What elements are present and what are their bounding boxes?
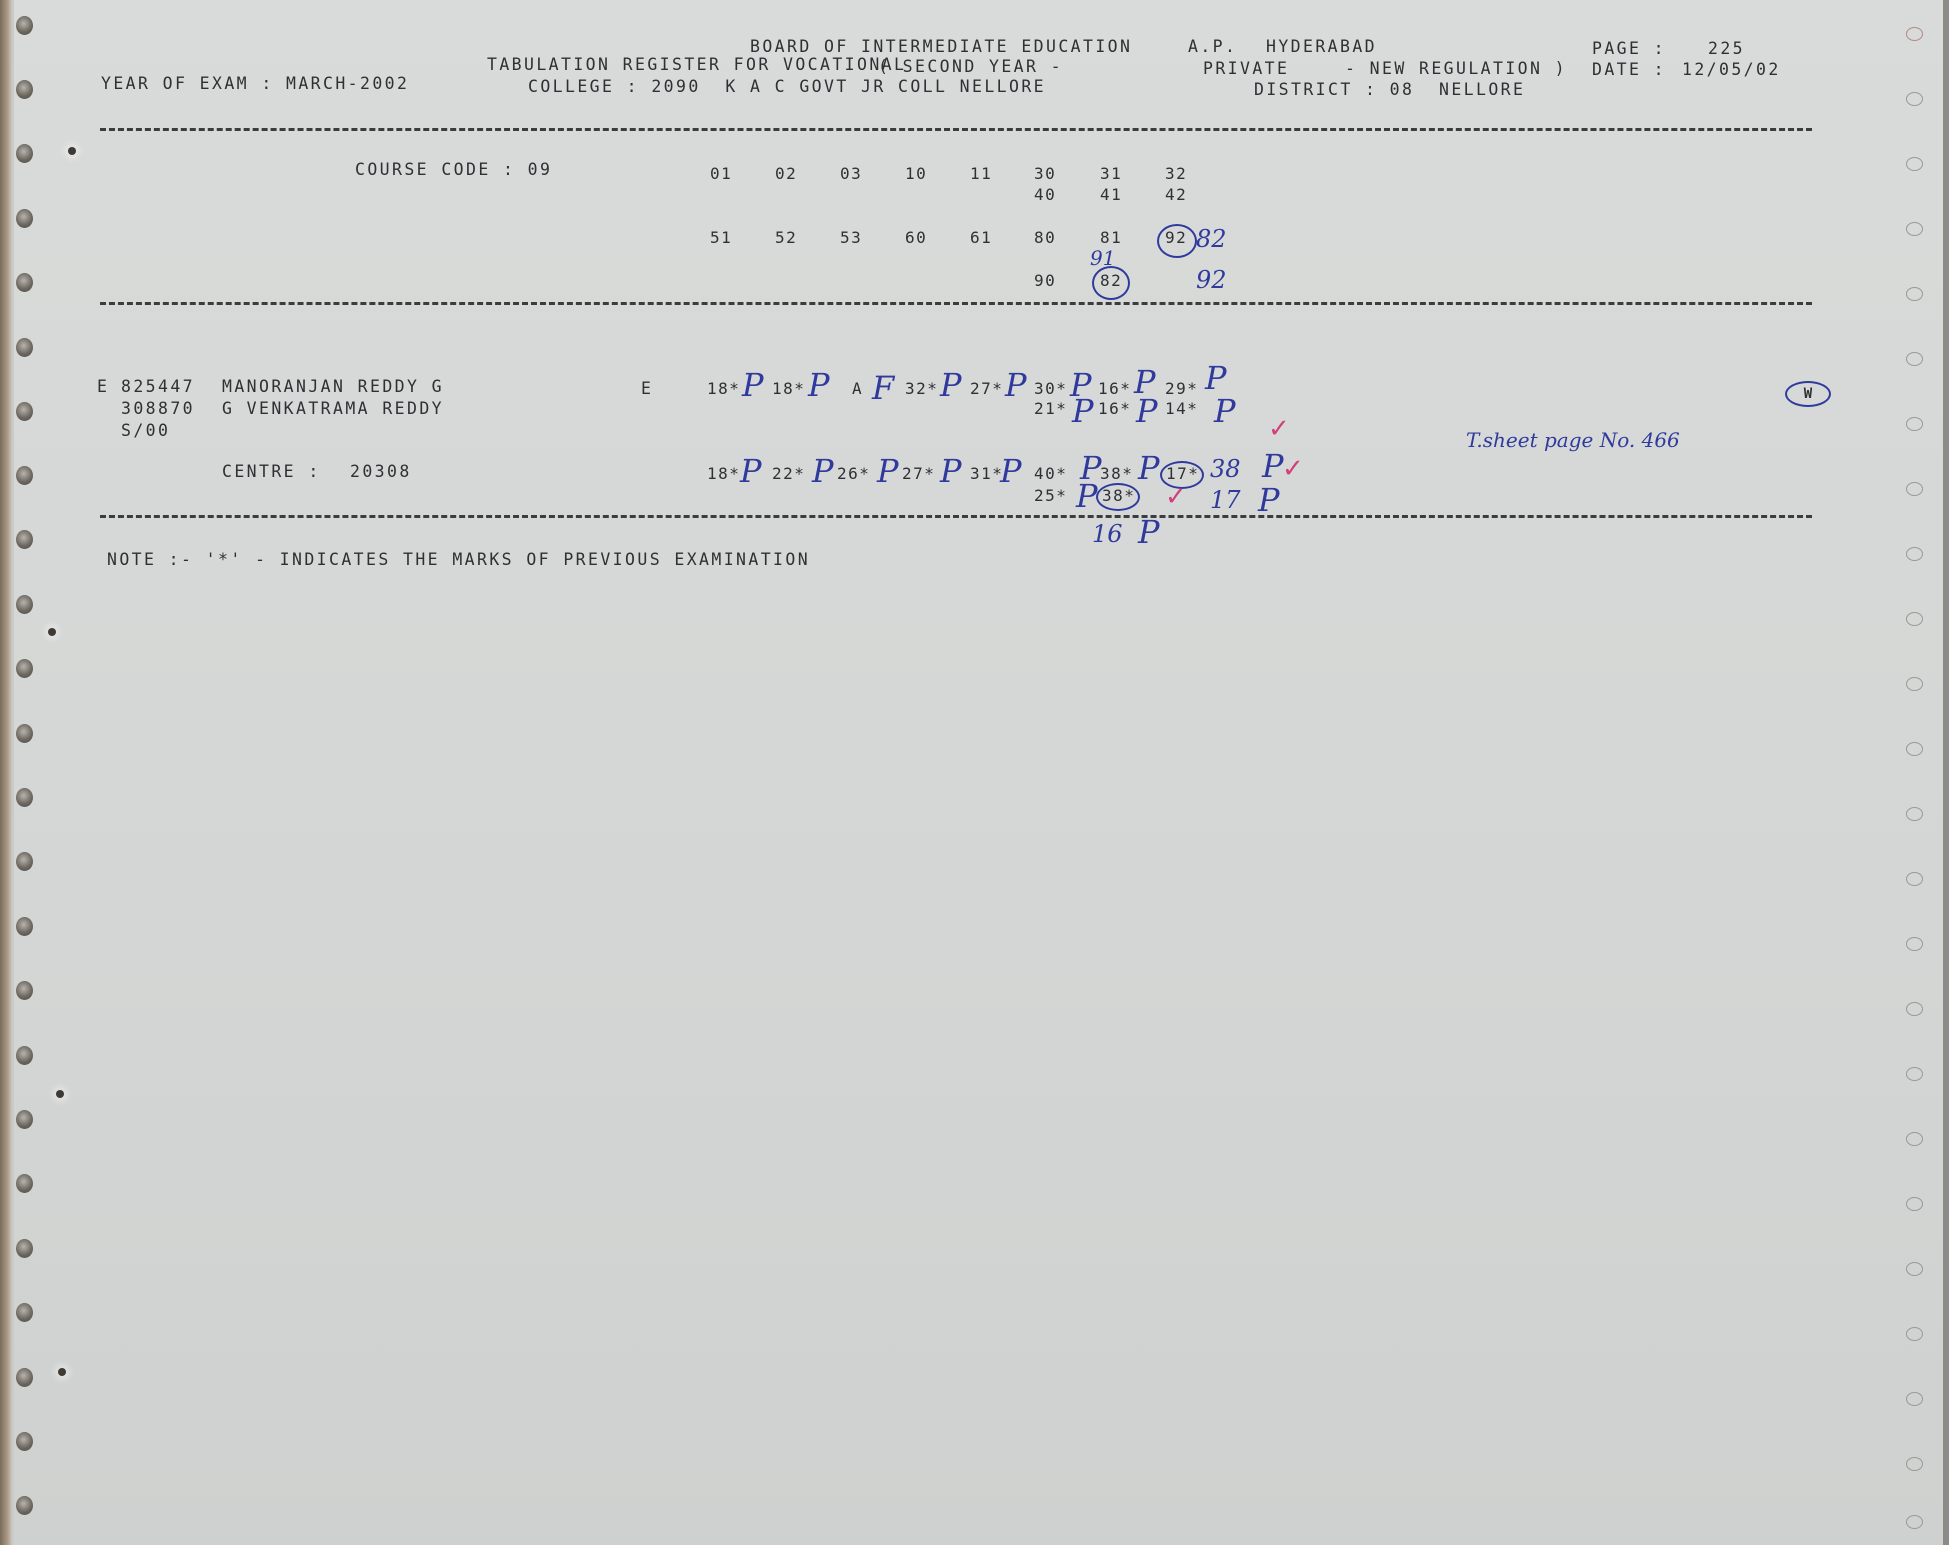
mark: 18* xyxy=(772,380,805,398)
date-label: DATE : xyxy=(1592,61,1666,79)
pass-mark: P xyxy=(877,455,899,487)
check-mark-icon: ✓ xyxy=(1282,456,1304,482)
check-mark-icon: ✓ xyxy=(1268,416,1290,442)
year-of-exam: YEAR OF EXAM : MARCH-2002 xyxy=(101,75,409,93)
withheld-mark: W xyxy=(1785,381,1831,407)
sheet-right-edge xyxy=(1943,0,1949,1545)
mark: 40* xyxy=(1034,465,1067,483)
mark: 26* xyxy=(837,465,870,483)
subject-code: 61 xyxy=(970,229,992,247)
handwritten-circle xyxy=(1157,224,1197,258)
divider-top xyxy=(100,128,1812,131)
pass-mark: P xyxy=(742,369,764,401)
mark: 32* xyxy=(905,380,938,398)
registration-number: 308870 xyxy=(121,400,195,418)
pass-mark: P xyxy=(1138,452,1160,484)
pass-mark: P xyxy=(1072,395,1094,427)
binder-edge xyxy=(0,0,12,1545)
centre-label: CENTRE : xyxy=(222,463,321,481)
divider-candidate xyxy=(100,515,1812,518)
pass-mark: P xyxy=(1262,450,1284,482)
mark: 29* xyxy=(1165,380,1198,398)
mark: 22* xyxy=(772,465,805,483)
mark: 18* xyxy=(707,465,740,483)
state-label: A.P. xyxy=(1188,38,1237,56)
tsheet-page-note: T.sheet page No. 466 xyxy=(1466,428,1680,452)
subject-code: 51 xyxy=(710,229,732,247)
handwritten-correction: 82 xyxy=(1196,227,1227,251)
page-label: PAGE : xyxy=(1592,40,1666,58)
subject-code: 40 xyxy=(1034,186,1056,204)
pass-mark: P xyxy=(940,455,962,487)
subject-code: 31 xyxy=(1100,165,1122,183)
course-code-label: COURSE CODE : 09 xyxy=(355,161,552,179)
pass-mark: P xyxy=(1138,516,1160,548)
register-scope: ( SECOND YEAR - xyxy=(878,58,1063,76)
subject-code: 53 xyxy=(840,229,862,247)
hall-ticket-number: 825447 xyxy=(121,378,195,396)
subject-code: 42 xyxy=(1165,186,1187,204)
mark: 30* xyxy=(1034,380,1067,398)
mark: 38* xyxy=(1100,465,1133,483)
pass-mark: P xyxy=(940,369,962,401)
register-title: TABULATION REGISTER FOR VOCATIONAL xyxy=(487,56,906,74)
mark: 27* xyxy=(970,380,1003,398)
subject-code: 80 xyxy=(1034,229,1056,247)
handwritten-note: 92 xyxy=(1196,268,1227,292)
city-label: HYDERABAD xyxy=(1266,38,1377,56)
mark: 14* xyxy=(1165,400,1198,418)
pass-mark: P xyxy=(1005,369,1027,401)
pass-mark: P xyxy=(1258,484,1280,516)
medium-code: E xyxy=(641,380,653,398)
college-info: COLLEGE : 2090 K A C GOVT JR COLL NELLOR… xyxy=(528,78,1046,96)
pass-mark: P xyxy=(808,369,830,401)
regulation-label: - NEW REGULATION ) xyxy=(1345,60,1567,78)
handwritten-circle xyxy=(1096,483,1140,511)
mark: 25* xyxy=(1034,487,1067,505)
mark: 21* xyxy=(1034,400,1067,418)
subject-code: 30 xyxy=(1034,165,1056,183)
subject-code: 10 xyxy=(905,165,927,183)
mark-absent: A xyxy=(852,380,863,398)
page-number: 225 xyxy=(1708,40,1745,58)
father-name: G VENKATRAMA REDDY xyxy=(222,400,444,418)
pass-mark: P xyxy=(740,455,762,487)
subject-code: 03 xyxy=(840,165,862,183)
mark: 16* xyxy=(1098,380,1131,398)
pass-mark: P xyxy=(1205,362,1227,394)
pass-mark: P xyxy=(1136,395,1158,427)
centre-code: 20308 xyxy=(350,463,412,481)
footer-note: NOTE :- '*' - INDICATES THE MARKS OF PRE… xyxy=(107,551,810,569)
subject-code: 81 xyxy=(1100,229,1122,247)
mark: 27* xyxy=(902,465,935,483)
pass-mark: P xyxy=(1076,480,1098,512)
handwritten-correction: 16 xyxy=(1092,522,1123,546)
board-title: BOARD OF INTERMEDIATE EDUCATION xyxy=(750,38,1132,56)
district-info: DISTRICT : 08 NELLORE xyxy=(1254,81,1525,99)
handwritten-circle xyxy=(1092,266,1130,300)
subject-code: 02 xyxy=(775,165,797,183)
candidate-prefix: E xyxy=(97,378,109,396)
divider-course xyxy=(100,302,1812,305)
check-mark-icon: ✓ xyxy=(1165,484,1187,510)
pass-mark: P xyxy=(1000,455,1022,487)
candidate-name: MANORANJAN REDDY G xyxy=(222,378,444,396)
subject-code: 90 xyxy=(1034,272,1056,290)
handwritten-correction: 38 xyxy=(1210,457,1241,481)
subject-code: 01 xyxy=(710,165,732,183)
subject-code: 41 xyxy=(1100,186,1122,204)
pass-mark: P xyxy=(812,455,834,487)
subject-code: 52 xyxy=(775,229,797,247)
report-date: 12/05/02 xyxy=(1682,61,1781,79)
candidate-status: S/00 xyxy=(121,422,170,440)
fail-mark: F xyxy=(872,372,894,404)
handwritten-correction: 17 xyxy=(1210,488,1241,512)
subject-code: 11 xyxy=(970,165,992,183)
mark: 31* xyxy=(970,465,1003,483)
mark: 18* xyxy=(707,380,740,398)
mark: 16* xyxy=(1098,400,1131,418)
pass-mark: P xyxy=(1214,395,1236,427)
subject-code: 32 xyxy=(1165,165,1187,183)
candidate-type: PRIVATE xyxy=(1203,60,1289,78)
subject-code: 60 xyxy=(905,229,927,247)
